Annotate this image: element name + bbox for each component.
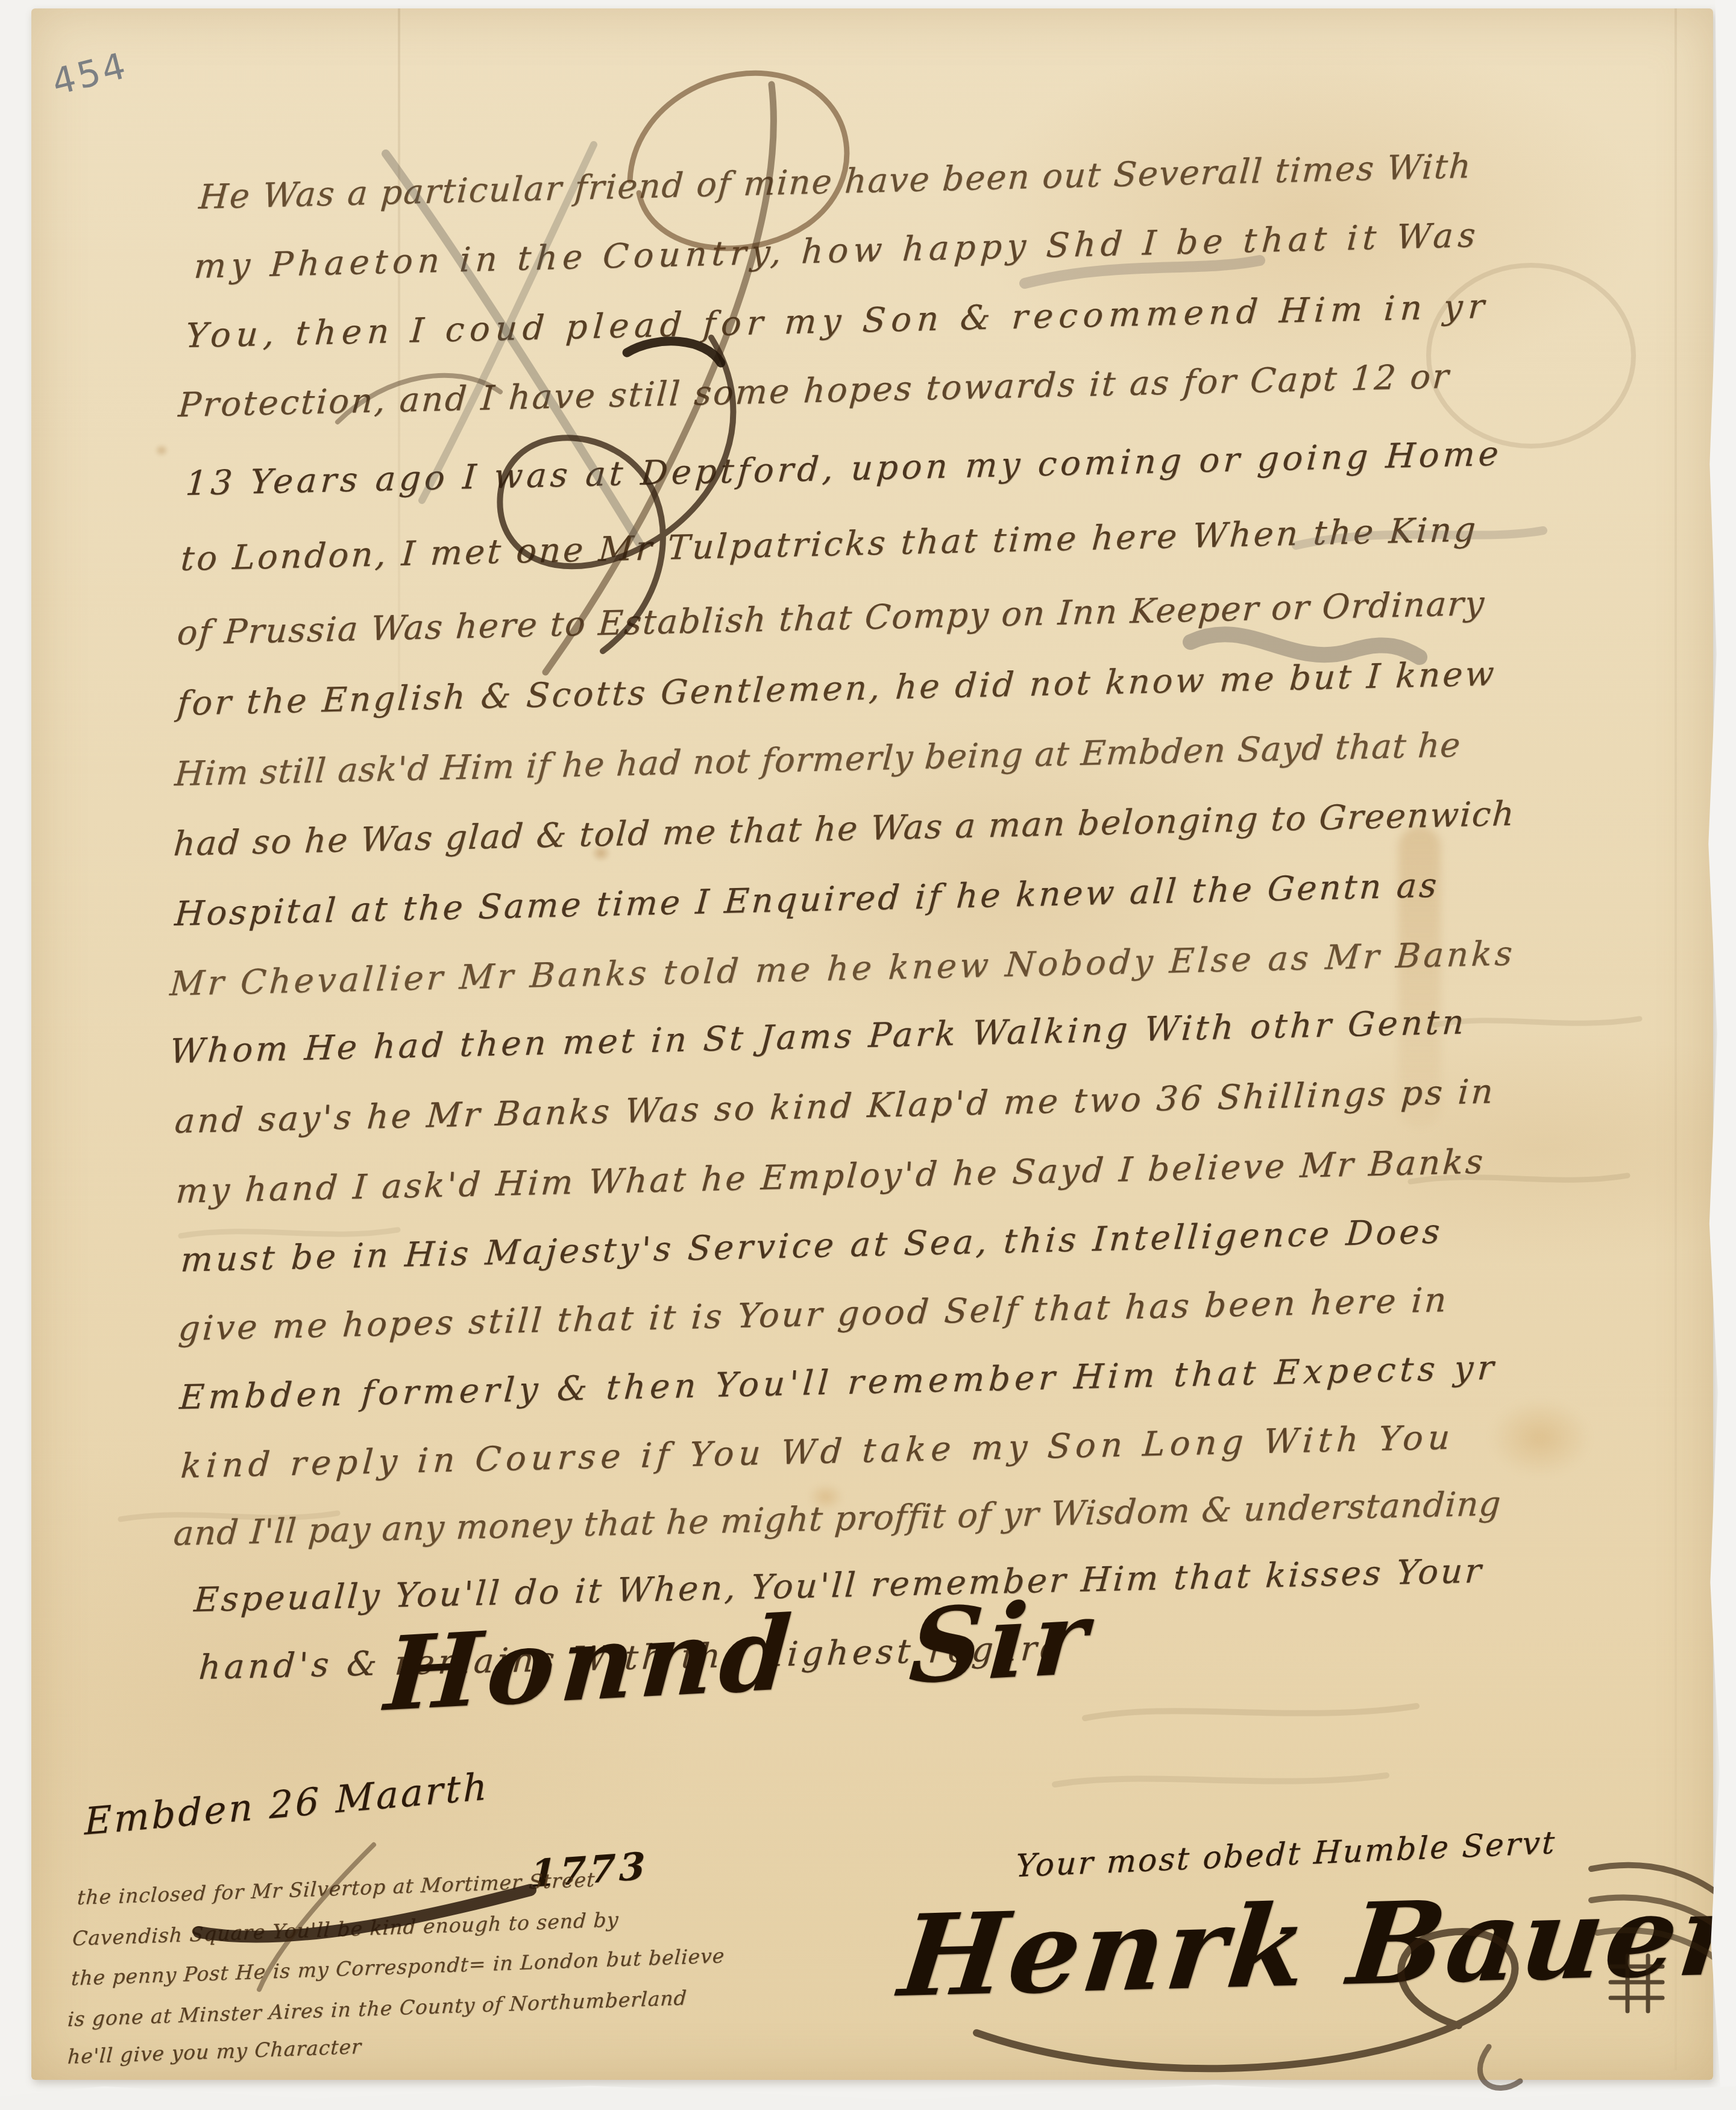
fold-crease-left [398,8,400,702]
torn-paper-edge-bottom [0,2076,1736,2110]
fold-crease-right [1675,8,1677,2070]
scanned-letter-page: 454 He Was a particular friend of mine h… [0,0,1736,2110]
